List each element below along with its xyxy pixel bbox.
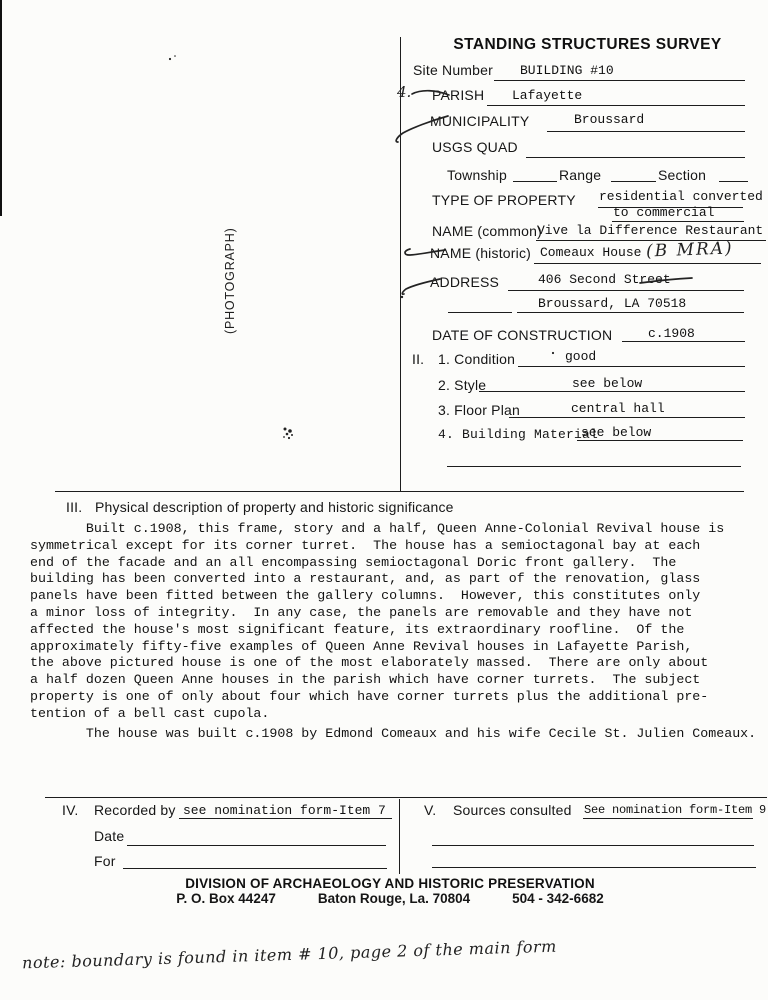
underline bbox=[509, 417, 745, 418]
ink-blot bbox=[286, 433, 289, 436]
underline bbox=[487, 105, 745, 106]
underline bbox=[513, 181, 557, 182]
division-name: DIVISION OF ARCHAEOLOGY AND HISTORIC PRE… bbox=[15, 876, 765, 891]
ink-blot bbox=[283, 436, 285, 438]
underline bbox=[447, 466, 741, 467]
floor-plan-label: 3. Floor Plan bbox=[438, 403, 520, 417]
section-divider-line bbox=[55, 491, 744, 492]
handwritten-item-number: 4. bbox=[397, 83, 411, 101]
section-label: Section bbox=[658, 168, 706, 182]
po-box: P. O. Box 44247 bbox=[176, 891, 276, 906]
condition-value: good bbox=[565, 350, 596, 363]
underline bbox=[612, 221, 744, 222]
underline bbox=[719, 181, 748, 182]
section3-numeral: III. bbox=[66, 500, 82, 514]
type-of-property-label: TYPE OF PROPERTY bbox=[432, 193, 576, 207]
underline bbox=[517, 312, 744, 313]
section-divider-line bbox=[45, 797, 767, 798]
underline bbox=[547, 131, 745, 132]
sources-consulted-label: Sources consulted bbox=[453, 803, 572, 817]
underline bbox=[577, 440, 743, 441]
ink-blot bbox=[284, 428, 287, 431]
usgs-quad-label: USGS QUAD bbox=[432, 140, 518, 154]
type-of-property-value-line2: to commercial bbox=[613, 206, 714, 219]
ink-speck bbox=[174, 55, 176, 57]
underline bbox=[622, 341, 745, 342]
section5-numeral: V. bbox=[424, 803, 436, 817]
underline bbox=[583, 818, 753, 819]
scanned-form-page: (PHOTOGRAPH) STANDING STRUCTURES SURVEY … bbox=[0, 0, 768, 1000]
condition-label: 1. Condition bbox=[438, 352, 515, 366]
date-of-construction-label: DATE OF CONSTRUCTION bbox=[432, 328, 612, 342]
underline bbox=[479, 391, 745, 392]
underline bbox=[448, 312, 512, 313]
scan-edge-line bbox=[0, 0, 2, 216]
style-value: see below bbox=[572, 377, 642, 390]
name-historic-label: NAME (historic) bbox=[430, 246, 531, 260]
handwritten-note: note: boundary is found in item # 10, pa… bbox=[22, 937, 557, 973]
site-number-label: Site Number bbox=[413, 63, 493, 77]
site-number-value: BUILDING #10 bbox=[520, 64, 614, 77]
address-label: ADDRESS bbox=[430, 275, 499, 289]
underline bbox=[518, 366, 745, 367]
building-material-label: 4. Building Material bbox=[438, 428, 598, 442]
for-label: For bbox=[94, 854, 116, 868]
form-title: STANDING STRUCTURES SURVEY bbox=[415, 36, 760, 54]
ink-dot bbox=[401, 296, 403, 298]
underline bbox=[432, 845, 754, 846]
floor-plan-value: central hall bbox=[571, 402, 665, 415]
recorded-by-value: see nomination form-Item 7 bbox=[183, 804, 386, 817]
city-state-zip: Baton Rouge, La. 70804 bbox=[318, 891, 470, 906]
underline bbox=[494, 80, 745, 81]
parish-value: Lafayette bbox=[512, 89, 582, 102]
underline bbox=[611, 181, 656, 182]
name-historic-value: Comeaux House bbox=[540, 246, 641, 259]
parish-label: PARISH bbox=[432, 88, 484, 102]
building-material-value: see below bbox=[581, 426, 651, 439]
address-value-line1: 406 Second Street bbox=[538, 273, 671, 286]
description-paragraph: Built c.1908, this frame, story and a ha… bbox=[30, 521, 724, 723]
type-of-property-value-line1: residential converted bbox=[599, 190, 763, 203]
section2-numeral: II. bbox=[412, 352, 424, 366]
style-label: 2. Style bbox=[438, 378, 486, 392]
underline bbox=[526, 157, 745, 158]
section-divider-vertical bbox=[399, 799, 400, 874]
column-divider-line bbox=[400, 37, 401, 491]
division-contact-line: P. O. Box 44247 Baton Rouge, La. 70804 5… bbox=[15, 891, 765, 906]
ink-speck bbox=[169, 58, 171, 60]
municipality-value: Broussard bbox=[574, 113, 644, 126]
underline bbox=[508, 290, 744, 291]
ink-blot bbox=[288, 437, 290, 439]
ink-speck bbox=[552, 352, 554, 354]
township-label: Township bbox=[447, 168, 507, 182]
underline bbox=[179, 818, 392, 819]
municipality-label: MUNICIPALITY bbox=[430, 114, 529, 128]
date-of-construction-value: c.1908 bbox=[648, 327, 695, 340]
ink-blot bbox=[288, 429, 292, 433]
handwritten-annotation-bmra: (B MRA) bbox=[646, 238, 734, 261]
underline bbox=[127, 845, 386, 846]
photograph-placeholder-label: (PHOTOGRAPH) bbox=[223, 242, 237, 334]
address-value-line2: Broussard, LA 70518 bbox=[538, 297, 686, 310]
section3-heading: Physical description of property and his… bbox=[95, 500, 454, 514]
underline bbox=[432, 867, 756, 868]
range-label: Range bbox=[559, 168, 601, 182]
underline bbox=[534, 263, 761, 264]
sources-consulted-value: See nomination form-Item 9 bbox=[584, 804, 766, 817]
history-paragraph: The house was built c.1908 by Edmond Com… bbox=[30, 726, 756, 743]
ink-blot bbox=[291, 434, 293, 436]
name-common-label: NAME (common) bbox=[432, 224, 542, 238]
underline bbox=[123, 868, 387, 869]
recorded-by-label: Recorded by bbox=[94, 803, 176, 817]
name-common-value: Vive la Difference Restaurant bbox=[537, 224, 763, 237]
phone-number: 504 - 342-6682 bbox=[512, 891, 604, 906]
section4-numeral: IV. bbox=[62, 803, 78, 817]
date-label: Date bbox=[94, 829, 124, 843]
